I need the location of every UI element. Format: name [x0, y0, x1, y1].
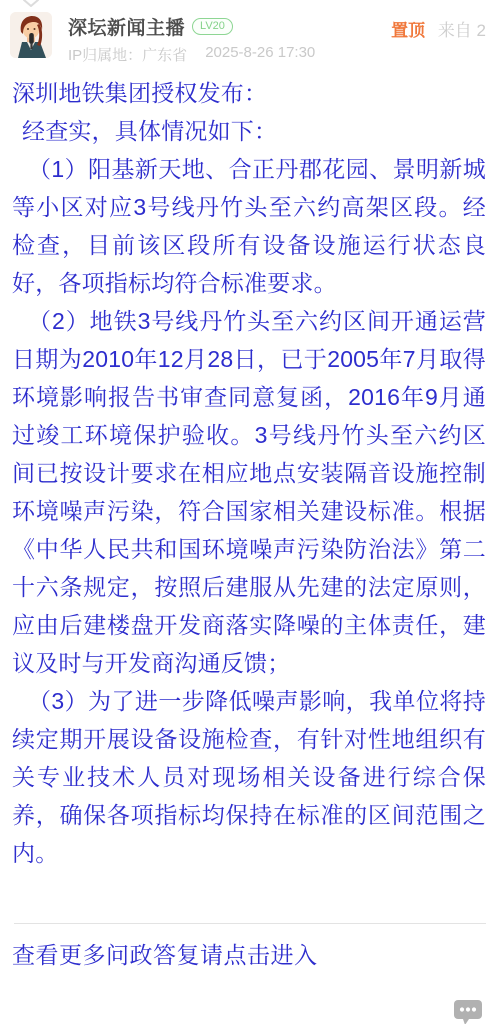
pinned-tag: 置顶	[391, 21, 425, 40]
post-header: 深坛新闻主播 LV20 IP归属地：广东省 2025-8-26 17:30 置顶…	[10, 12, 488, 62]
username[interactable]: 深坛新闻主播	[68, 13, 185, 40]
paragraph: 深圳地铁集团授权发布：	[12, 74, 486, 112]
user-avatar[interactable]	[10, 12, 52, 58]
level-badge: LV20	[192, 18, 233, 35]
header-right: 置顶 来自 2	[391, 16, 486, 41]
post-footer: 查看更多问政答复请点击进入	[0, 923, 498, 970]
paragraph: 经查实，具体情况如下：	[12, 112, 486, 150]
post-body: 深圳地铁集团授权发布： 经查实，具体情况如下： （1）阳基新天地、合正丹郡花园、…	[12, 74, 486, 872]
comment-bubble-icon[interactable]	[453, 999, 483, 1024]
ip-location: IP归属地：广东省	[68, 44, 187, 65]
floor-from-label[interactable]: 来自 2	[438, 21, 486, 40]
paragraph: （3）为了进一步降低噪声影响，我单位将持续定期开展设备设施检查，有针对性地组织有…	[12, 682, 486, 872]
forum-post: 深坛新闻主播 LV20 IP归属地：广东省 2025-8-26 17:30 置顶…	[0, 0, 498, 1024]
paragraph: （2）地铁3号线丹竹头至六约区间开通运营日期为2010年12月28日，已于200…	[12, 302, 486, 682]
paragraph: （1）阳基新天地、合正丹郡花园、景明新城等小区对应3号线丹竹头至六约高架区段。经…	[12, 150, 486, 302]
news-anchor-avatar-image	[10, 12, 52, 58]
divider	[14, 923, 486, 924]
more-replies-link[interactable]: 查看更多问政答复请点击进入	[12, 937, 318, 970]
timestamp: 2025-8-26 17:30	[205, 44, 315, 65]
